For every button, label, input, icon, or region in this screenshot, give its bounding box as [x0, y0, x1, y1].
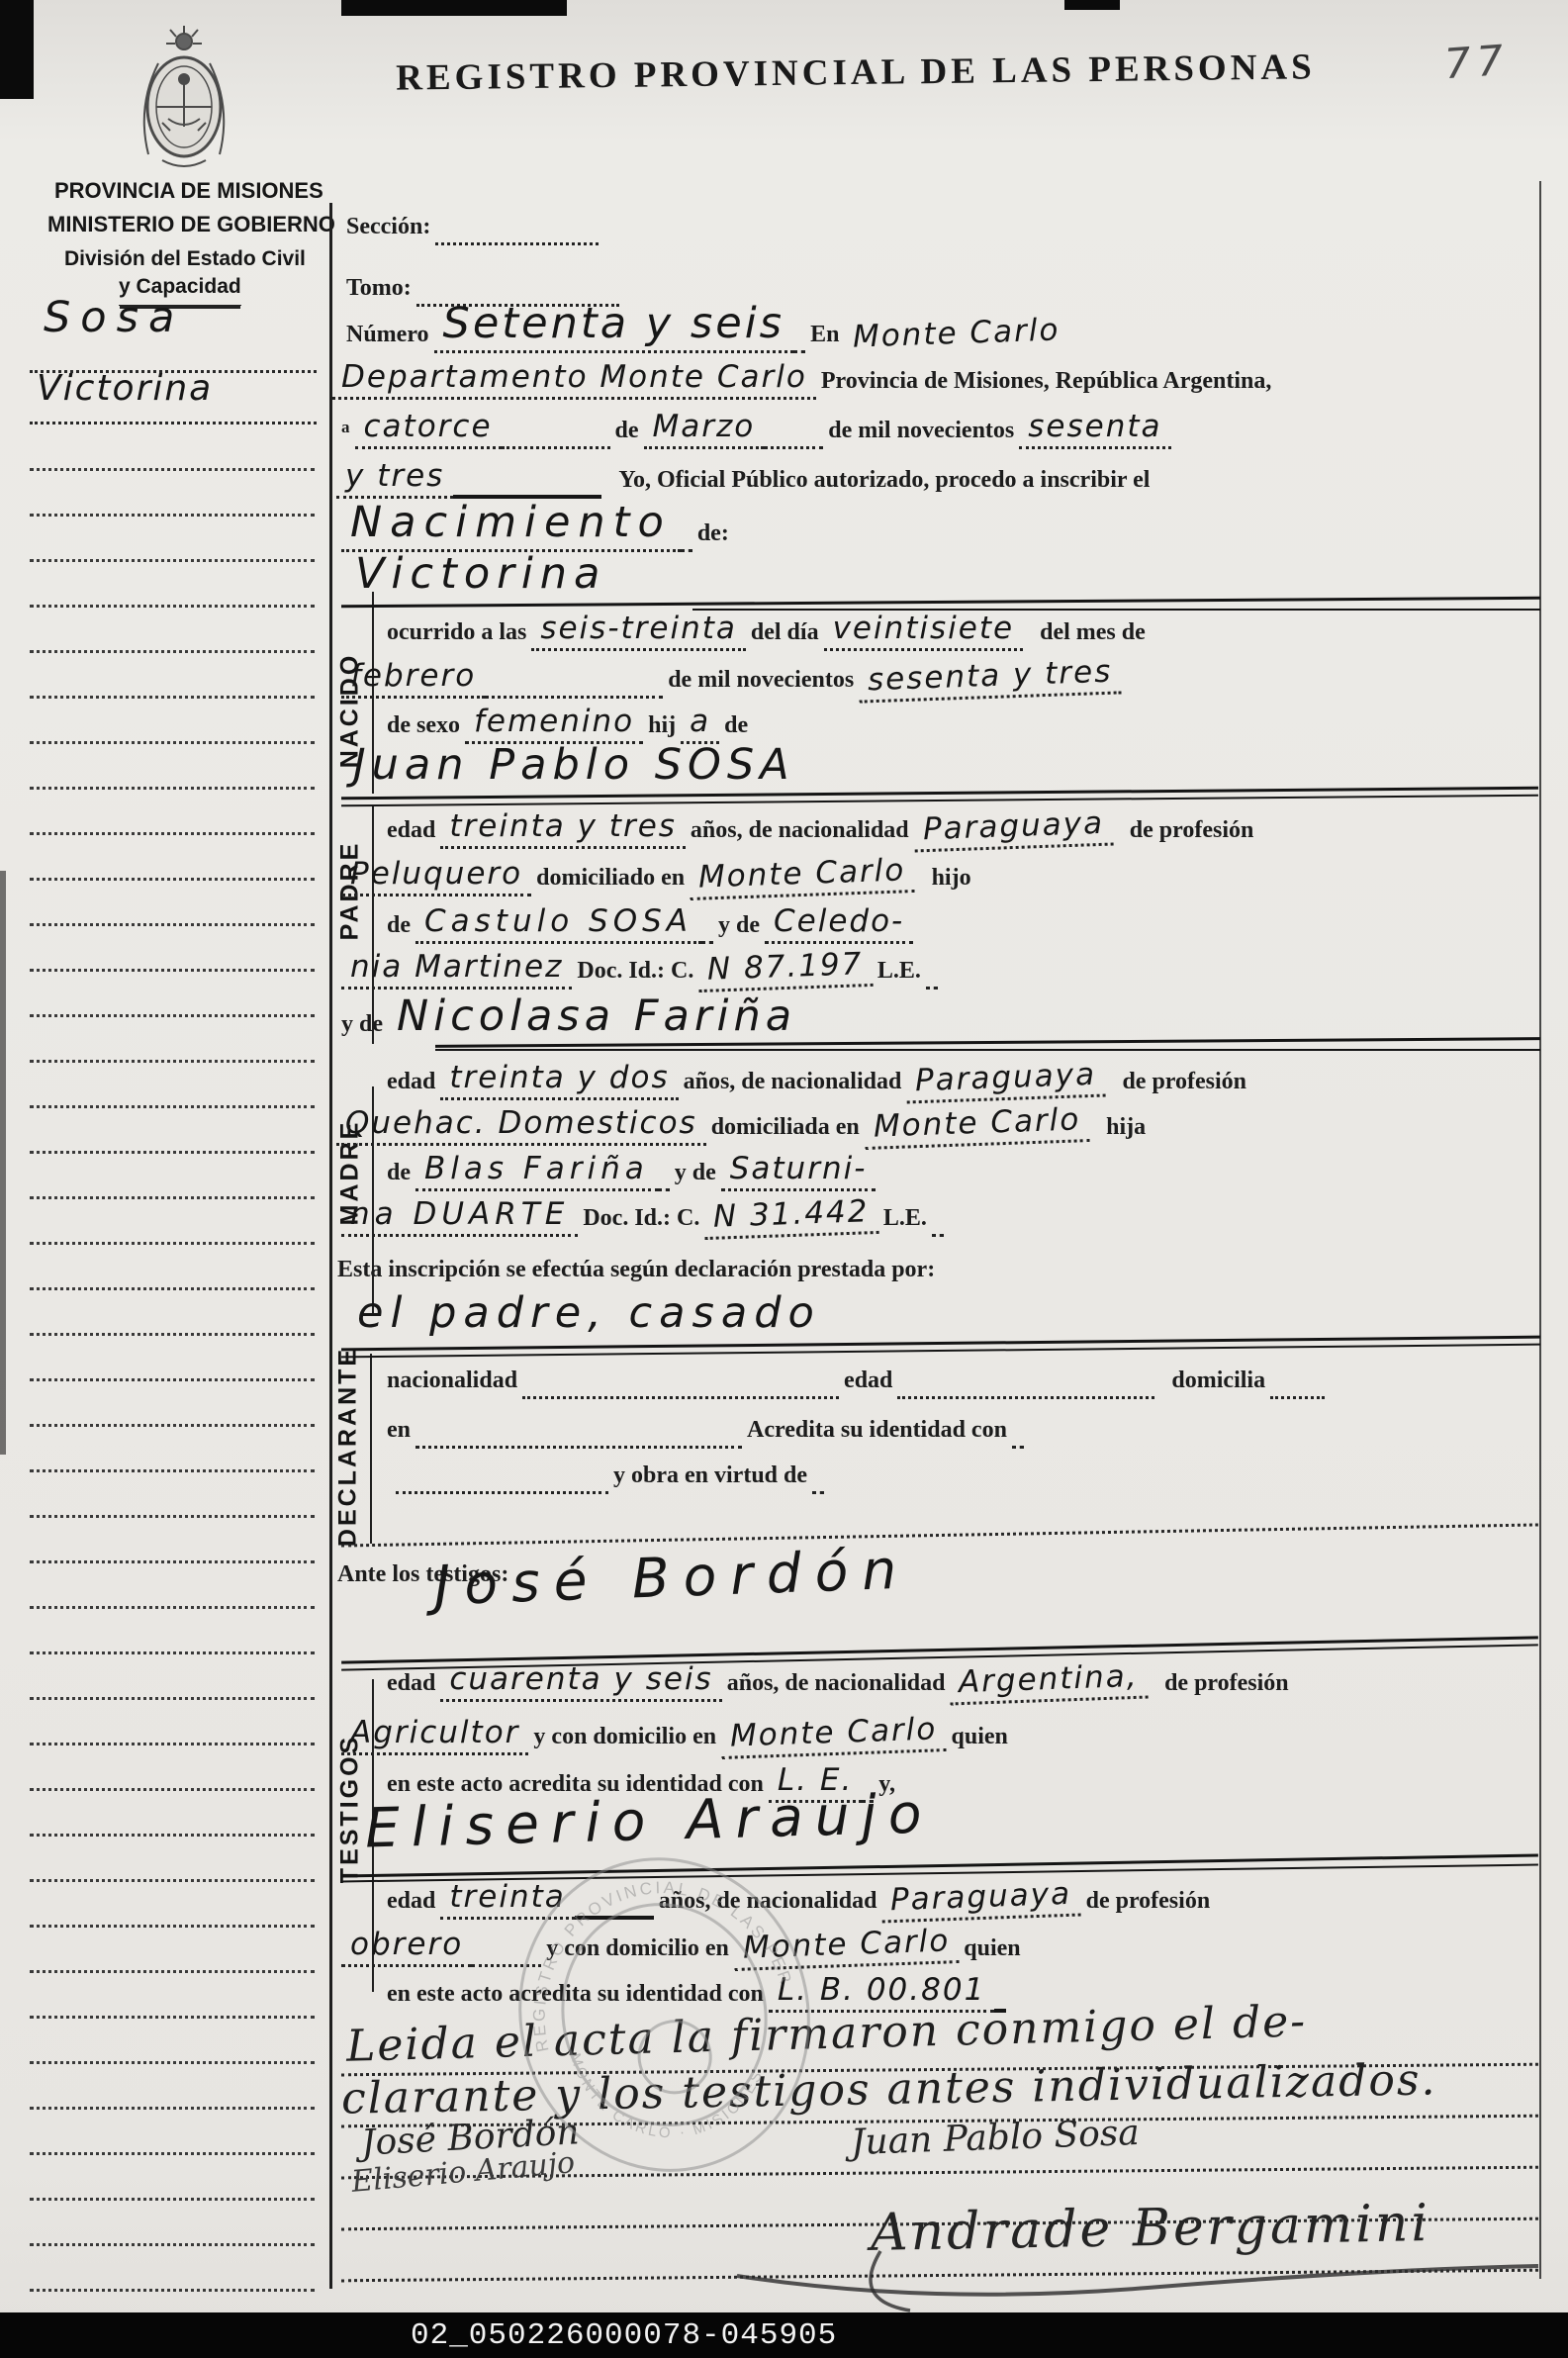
- margin-surname: Sosa: [35, 293, 193, 344]
- margin-dotted-line: [30, 1697, 315, 1700]
- margin-dotted-line: [30, 1151, 315, 1154]
- scan-artifact-top2: [1064, 0, 1120, 10]
- edad-value: treinta y tres: [440, 808, 686, 849]
- edad-label: edad: [839, 1368, 897, 1399]
- margin-dotted-line: [30, 878, 315, 881]
- firma-declarante: Juan Pablo Sosa: [850, 2113, 1140, 2163]
- margin-dotted-line: [30, 1879, 315, 1882]
- coat-of-arms: [133, 24, 235, 180]
- virtud-label: y obra en virtud de: [608, 1462, 812, 1494]
- blank: [812, 1489, 824, 1494]
- row-nacido-fecha: febrero de mil novecientos sesenta y tre…: [341, 647, 1539, 699]
- margin-dotted-line: [30, 468, 315, 471]
- margin-dotted-line: [30, 1743, 315, 1745]
- de-label: de: [610, 418, 644, 449]
- madre-nombre: Nicolasa Fariña: [388, 991, 805, 1043]
- blank: [396, 1489, 608, 1494]
- row-testigo1-domicilio: Agricultor y con domicilio en Monte Carl…: [341, 1704, 1539, 1755]
- prof-label: de profesión: [1159, 1670, 1294, 1702]
- nac-value: Argentina,: [950, 1658, 1149, 1706]
- prestada-por: el padre, casado: [348, 1288, 830, 1340]
- scan-artifact-corner: [0, 0, 34, 99]
- margin-dotted-line: [30, 1606, 315, 1609]
- margin-dotted-line: [30, 1196, 315, 1199]
- margin-dotted-line: [30, 969, 315, 972]
- row-madre-nombre: y de Nicolasa Fariña: [336, 982, 1539, 1043]
- sidebar-org-line3: División del Estado Civil: [64, 247, 306, 271]
- row-nacido-hora: ocurrido a las seis-treinta del día vein…: [382, 600, 1539, 651]
- margin-dotted-line: [30, 787, 315, 790]
- row-declarante-1: nacionalidad edad domicilia: [382, 1348, 1539, 1399]
- margin-dotted-line: [30, 605, 315, 608]
- margin-dotted-line: [30, 1925, 315, 1928]
- row-padre-domicilio: Peluquero domiciliado en Monte Carlo hij…: [341, 845, 1539, 896]
- row-testigo1-edad: edad cuarenta y seis años, de nacionalid…: [382, 1651, 1539, 1702]
- seccion-label: Sección:: [341, 214, 435, 245]
- prof-value: Agricultor: [341, 1715, 528, 1755]
- scan-artifact-left-edge: [0, 871, 6, 1455]
- dotted-line: [30, 422, 317, 424]
- inscripto-value: Victorina: [346, 549, 615, 601]
- row-padre-abuelos: de Castulo SOSA y de Celedo-: [382, 893, 1539, 944]
- margin-dotted-line: [30, 741, 315, 744]
- y-de-label: y de: [336, 1011, 388, 1043]
- scan-id: 02_050226000078-045905: [411, 2318, 837, 2353]
- margin-dotted-line: [30, 1242, 315, 1245]
- departamento-value: Departamento Monte Carlo: [332, 359, 816, 400]
- margin-dotted-line: [30, 923, 315, 926]
- row-madre-doc: na DUARTE Doc. Id.: C. N 31.442 L.E.: [341, 1185, 1539, 1237]
- svg-text:MONTE CARLO · MISIONES: MONTE CARLO · MISIONES: [566, 2010, 778, 2164]
- row-seccion: Sección:: [341, 194, 806, 245]
- row-madre-abuelos: de Blas Fariña y de Saturni-: [382, 1140, 1539, 1191]
- margin-dotted-line: [30, 1970, 315, 1973]
- margin-dotted-line: [30, 1424, 315, 1427]
- margin-dotted-line: [30, 1287, 315, 1290]
- margin-dotted-line: [30, 514, 315, 517]
- row-madre-domicilio: Quehac. Domesticos domiciliada en Monte …: [336, 1094, 1539, 1146]
- margin-dotted-line: [30, 1060, 315, 1063]
- row-madre-edad: edad treinta y dos años, de nacionalidad…: [382, 1049, 1539, 1100]
- le-label: L.E.: [878, 1205, 932, 1237]
- margin-dotted-line: [30, 2107, 315, 2110]
- dia-value: catorce: [355, 409, 502, 449]
- declarante-bracket: [370, 1354, 372, 1544]
- margin-dotted-line: [30, 1788, 315, 1791]
- margin-dotted-line: [30, 1469, 315, 1472]
- row-numero: Número Setenta y seis En Monte Carlo: [341, 292, 1543, 353]
- abuela-2: na DUARTE: [341, 1196, 578, 1237]
- margin-dotted-line: [30, 1515, 315, 1518]
- margin-dotted-line: [30, 1105, 315, 1108]
- margin-dotted-line: [30, 1560, 315, 1563]
- margin-given-name: Victorina: [28, 368, 222, 411]
- dia-value: veintisiete: [824, 611, 1024, 651]
- scan-artifact-top1: [341, 0, 567, 16]
- anio-value: sesenta: [1019, 409, 1170, 449]
- edad-label: edad: [382, 1670, 440, 1702]
- edad-value: cuarenta y seis: [440, 1661, 721, 1702]
- margin-dotted-line: [30, 1651, 315, 1654]
- margin-dotted-line: [30, 1378, 315, 1381]
- seal-text-bottom: MONTE CARLO · MISIONES: [566, 2010, 778, 2164]
- margin-dotted-line: [30, 2289, 315, 2292]
- nac-label: años, de nacionalidad: [722, 1670, 951, 1702]
- margin-dotted-line: [30, 696, 315, 699]
- dia-prefix: a: [336, 418, 355, 449]
- row-prestada-por: el padre, casado: [348, 1278, 1535, 1340]
- margin-dotted-line: [30, 1333, 315, 1336]
- doc-label: Doc. Id.: C.: [578, 1205, 704, 1237]
- page-number-handwritten: 77: [1442, 36, 1511, 88]
- birth-certificate-scan: REGISTRO PROVINCIAL DE LAS PERSONAS 77 P…: [0, 0, 1568, 2358]
- section-label-declarante: DECLARANTE: [334, 1347, 363, 1547]
- margin-dotted-line: [30, 2198, 315, 2201]
- margin-dotted-line: [30, 2061, 315, 2064]
- nacionalidad-label: nacionalidad: [382, 1368, 522, 1399]
- spacer: [1148, 1700, 1159, 1702]
- padre-nombre: Juan Pablo SOSA: [344, 740, 804, 792]
- sidebar-org-line2: MINISTERIO DE GOBIERNO: [47, 212, 335, 237]
- row-declarante-3: y obra en virtud de: [396, 1443, 1539, 1494]
- domicilia-label: domicilia: [1166, 1368, 1270, 1399]
- firma-rubrica: [732, 2246, 1543, 2315]
- provincia-text: Provincia de Misiones, República Argenti…: [816, 368, 1277, 400]
- margin-dotted-line: [30, 1014, 315, 1017]
- sidebar-org-line1: PROVINCIA DE MISIONES: [54, 178, 323, 204]
- margin-dotted-line: [30, 2152, 315, 2155]
- margin-dotted-line: [30, 650, 315, 653]
- doc-value: N 31.442: [704, 1193, 879, 1240]
- page-title: REGISTRO PROVINCIAL DE LAS PERSONAS: [297, 45, 1415, 101]
- row-inscripto: Victorina: [346, 539, 1533, 601]
- row-padre-nombre: Juan Pablo SOSA: [344, 730, 1536, 792]
- numero-value: Setenta y seis: [434, 299, 794, 353]
- hora-value: seis-treinta: [531, 611, 746, 651]
- row-departamento: Departamento Monte Carlo Provincia de Mi…: [332, 348, 1543, 400]
- prof-value: Peluquero: [341, 856, 531, 896]
- row-padre-edad: edad treinta y tres años, de nacionalida…: [382, 798, 1539, 849]
- margin-dotted-line: [30, 1834, 315, 1837]
- row-declarante-2: en Acredita su identidad con: [382, 1397, 1539, 1449]
- mes-value: Marzo: [644, 409, 765, 449]
- margin-dotted-line: [30, 559, 315, 562]
- anio-label: de mil novecientos: [823, 418, 1019, 449]
- margin-dotted-line: [30, 832, 315, 835]
- row-fecha-registro: a catorce de Marzo de mil novecientos se…: [336, 398, 1543, 449]
- margin-dotted-line: [30, 2016, 315, 2019]
- margin-dotted-line: [30, 2243, 315, 2246]
- seccion-blank: [435, 240, 599, 245]
